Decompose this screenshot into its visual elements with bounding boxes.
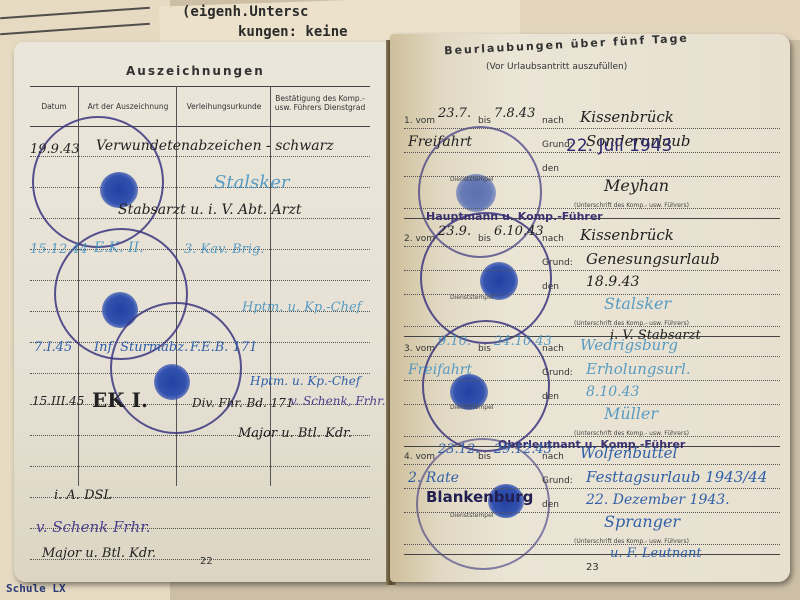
leave-note: Freifahrt	[408, 362, 472, 378]
leave-reason-value: Erholungsurl.	[586, 360, 691, 378]
entry-award: v. Schenk Frhr.	[36, 518, 151, 536]
entry-award: EK I.	[92, 388, 148, 412]
rank-stamp: Hauptmann u. Komp.-Führer	[426, 210, 603, 223]
rank-handwritten: u. F. Leutnant	[610, 546, 702, 561]
leave-number-label: 2. vom	[404, 234, 435, 244]
row-rule	[404, 270, 780, 271]
entry-confirmation: Hptm. u. Kp.-Chef	[250, 374, 360, 388]
row-rule	[404, 356, 780, 357]
leave-signature: Spranger	[604, 512, 680, 531]
row-rule	[404, 380, 780, 381]
entry-award: E.K. II.	[94, 240, 144, 256]
leave-signature: Müller	[604, 404, 658, 423]
entry-award: Major u. Btl. Kdr.	[42, 546, 156, 561]
entry-award: Verwundetenabzeichen - schwarz	[96, 138, 334, 154]
reason-label: Grund:	[542, 476, 573, 486]
date-label: den	[542, 500, 559, 510]
leave-from-value: 23.12.	[438, 442, 479, 457]
leave-date-value: 18.9.43	[586, 274, 639, 290]
page-number: 22	[200, 556, 213, 567]
leave-date-value: 8.10.43	[586, 384, 639, 400]
leave-from-value: 23.9.	[438, 224, 471, 239]
seal-caption: Dienststempel	[450, 404, 493, 411]
row-rule	[404, 208, 780, 209]
row-rule	[30, 466, 370, 467]
column-header-date: Datum	[30, 102, 78, 111]
destination-label: nach	[542, 116, 564, 126]
seal-caption: Dienststempel	[450, 176, 493, 183]
leave-destination-value: Kissenbrück	[580, 226, 674, 244]
typed-text-top: (eigenh.Untersc	[182, 4, 308, 20]
entry-award: i. A. DSL	[54, 488, 112, 503]
row-rule	[404, 246, 780, 247]
typed-text-top-2: kungen: keine	[238, 24, 348, 40]
city-stamp: Blankenburg	[426, 488, 533, 506]
entry-date: 19.9.43	[30, 142, 80, 157]
row-rule	[404, 326, 780, 327]
page-number: 23	[586, 562, 599, 573]
leave-date-value: 22. Dezember 1943.	[586, 492, 730, 508]
entry-confirmation: Hptm. u. Kp.-Chef	[242, 300, 362, 315]
leave-signature: Meyhan	[604, 176, 669, 195]
entry-date: 7.I.45	[34, 340, 72, 355]
seal-stamp	[32, 116, 164, 248]
leave-destination-value: Wedrigsburg	[580, 336, 678, 354]
row-rule	[404, 436, 780, 437]
entry-award: Inf. Sturmabz.	[94, 340, 188, 355]
row-rule	[404, 404, 780, 405]
leave-from-value: 9.10.	[438, 334, 471, 349]
leave-note: 2. Rate	[408, 470, 459, 486]
page-title: Beurlaubungen über fünf Tage	[444, 32, 689, 58]
left-page-awards: Auszeichnungen Datum Art der Auszeichnun…	[14, 42, 390, 582]
entry-confirmation: Major u. Btl. Kdr.	[238, 426, 352, 441]
row-rule	[404, 128, 780, 129]
leave-from-value: 23.7.	[438, 106, 471, 121]
to-label: bis	[478, 344, 491, 354]
leave-number-label: 3. vom	[404, 344, 435, 354]
leave-reason-value: Genesungsurlaub	[586, 250, 720, 268]
leave-to-value: 6.10.43	[494, 224, 544, 239]
leave-date-stamp: 22. Juli 1943	[566, 136, 672, 156]
date-label: den	[542, 282, 559, 292]
entry-date: 15.12.44	[30, 242, 88, 257]
leave-destination-value: Wolfenbüttel	[580, 444, 677, 462]
leave-to-value: 24.10.43	[494, 334, 552, 349]
to-label: bis	[478, 234, 491, 244]
seal-caption: Dienststempel	[450, 512, 493, 519]
section-rule	[404, 554, 780, 555]
entry-certificate: Stalsker	[214, 172, 289, 193]
row-rule	[404, 294, 780, 295]
leave-destination-value: Kissenbrück	[580, 108, 674, 126]
destination-label: nach	[542, 234, 564, 244]
column-header-award: Art der Auszeichnung	[80, 102, 176, 111]
to-label: bis	[478, 452, 491, 462]
page-title: Auszeichnungen	[126, 64, 265, 78]
row-rule	[404, 544, 780, 545]
table-top-rule	[30, 86, 370, 87]
leave-note: Freifahrt	[408, 134, 472, 150]
leave-number-label: 4. vom	[404, 452, 435, 462]
entry-certificate: F.E.B. 171	[190, 340, 257, 355]
leave-to-value: 7.8.43	[494, 106, 535, 121]
leave-number-label: 1. vom	[404, 116, 435, 126]
ink-seal	[154, 364, 190, 400]
typed-text-bottom: Schule LX	[6, 582, 66, 595]
seal-caption: Dienststempel	[450, 294, 493, 301]
row-rule	[404, 176, 780, 177]
leave-to-value: 29.12.43	[494, 442, 552, 457]
leave-reason-value: Festtagsurlaub 1943/44	[586, 468, 767, 486]
column-header-confirmation: Bestätigung des Komp.- usw. Führers Dien…	[272, 94, 368, 112]
leave-signature: Stalsker	[604, 294, 671, 313]
entry-certificate: Div. Fhr. Bd. 171	[192, 396, 294, 410]
date-label: den	[542, 164, 559, 174]
reason-label: Grund:	[542, 258, 573, 268]
reason-label: Grund:	[542, 368, 573, 378]
entry-certificate: 3. Kav. Brig.	[184, 242, 264, 257]
entry-date: 15.III.45	[32, 394, 84, 408]
row-rule	[404, 464, 780, 465]
page-subtitle: (Vor Urlaubsantritt auszufüllen)	[486, 62, 627, 72]
entry-award: Stabsarzt u. i. V. Abt. Arzt	[118, 202, 301, 218]
right-page-leave: Beurlaubungen über fünf Tage (Vor Urlaub…	[390, 34, 790, 582]
row-rule	[404, 512, 780, 513]
entry-confirmation: v. Schenk, Frhr.	[290, 394, 385, 408]
to-label: bis	[478, 116, 491, 126]
date-label: den	[542, 392, 559, 402]
column-header-certificate: Verleihungsurkunde	[178, 102, 270, 111]
